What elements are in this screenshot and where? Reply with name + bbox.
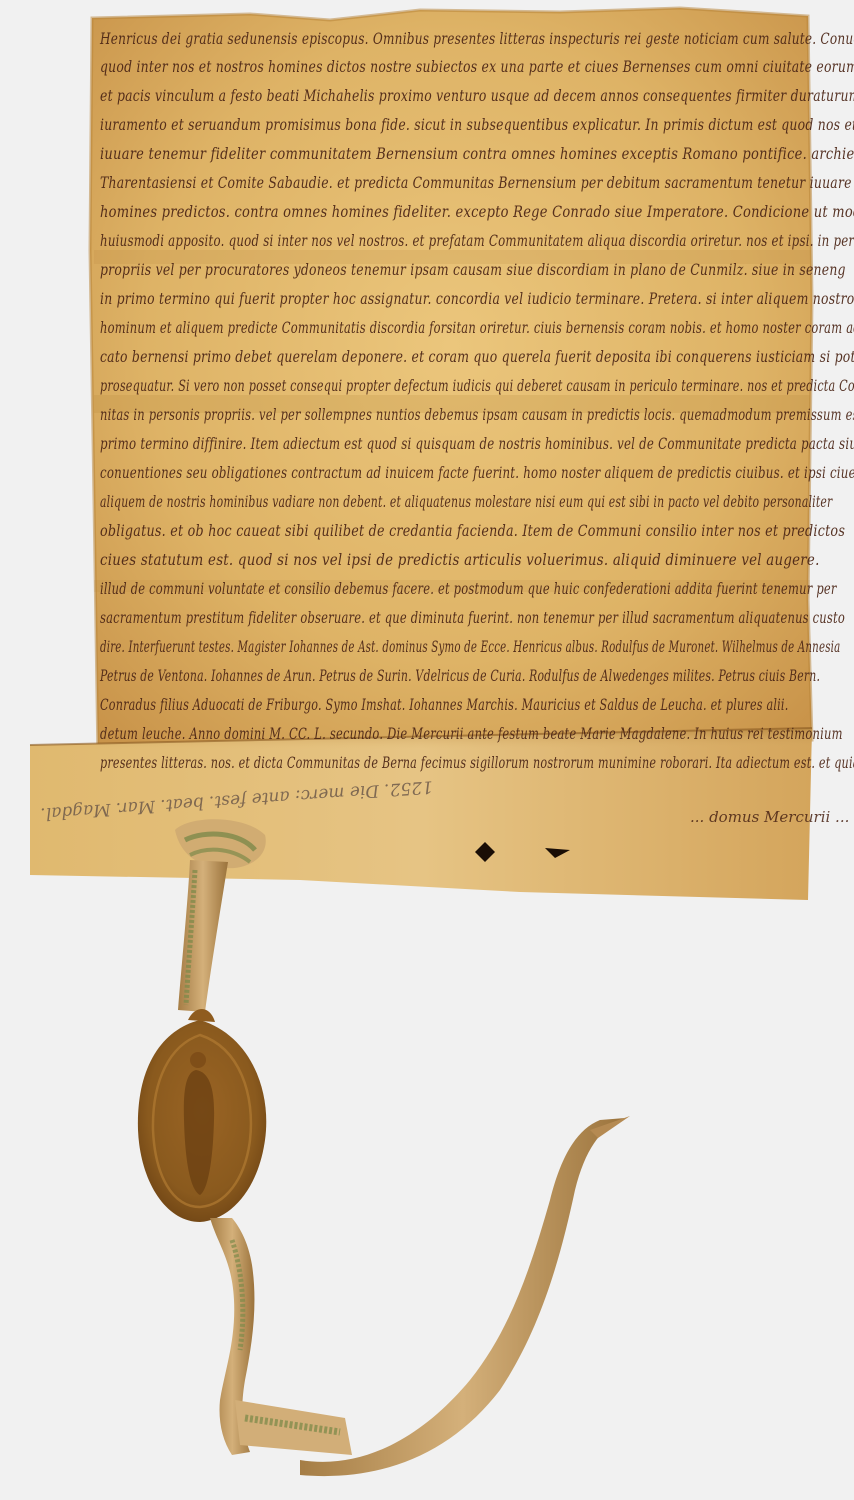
seal-and-cord: [0, 0, 854, 1500]
lower-cord: [210, 1116, 630, 1476]
cord-knot: [175, 819, 266, 868]
upper-cord: [178, 860, 228, 1012]
charter-photograph: ... domus Mercurii ... Henricus dei grat…: [0, 0, 854, 1500]
wax-seal: [138, 1009, 266, 1222]
